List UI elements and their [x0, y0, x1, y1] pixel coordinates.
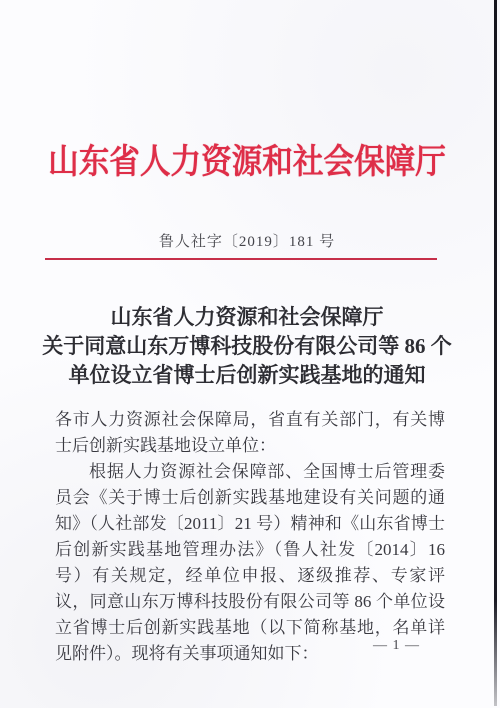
body-paragraph: 根据人力资源社会保障部、全国博士后管理委员会《关于博士后创新实践基地建设有关问题… [55, 459, 445, 667]
issuing-agency-name: 山东省人力资源和社会保障厅 [25, 134, 470, 183]
red-divider-line [45, 258, 437, 260]
document-title-line-3: 单位设立省博士后创新实践基地的通知 [28, 361, 466, 390]
document-page: 山东省人力资源和社会保障厅 鲁人社字〔2019〕181 号 山东省人力资源和社会… [0, 0, 500, 708]
document-title-line-1: 山东省人力资源和社会保障厅 [28, 303, 466, 332]
document-title: 山东省人力资源和社会保障厅 关于同意山东万博科技股份有限公司等 86 个 单位设… [28, 303, 466, 390]
scan-edge-shadow [494, 0, 497, 706]
document-number: 鲁人社字〔2019〕181 号 [0, 230, 494, 251]
page-number: — 1 — [373, 638, 420, 654]
document-body: 各市人力资源社会保障局，省直有关部门，有关博士后创新实践基地设立单位： 根据人力… [55, 407, 445, 667]
document-title-line-2: 关于同意山东万博科技股份有限公司等 86 个 [28, 332, 466, 361]
salutation: 各市人力资源社会保障局，省直有关部门，有关博士后创新实践基地设立单位： [55, 407, 445, 459]
